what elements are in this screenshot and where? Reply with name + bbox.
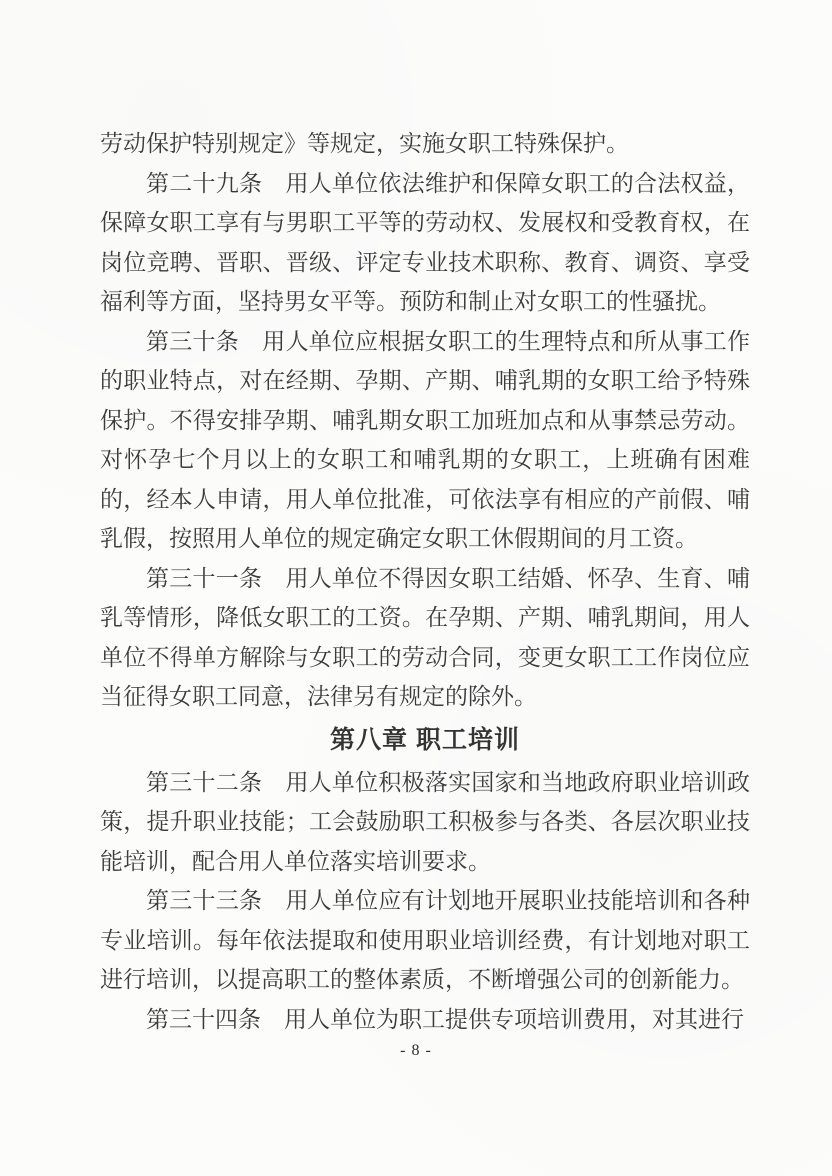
document-text: 劳动保护特别规定》等规定，实施女职工特殊保护。 第二十九条 用人单位依法维护和保… [100,124,750,1039]
paragraph-continuation: 劳动保护特别规定》等规定，实施女职工特殊保护。 [100,124,750,164]
page-footer: - 8 - [0,1042,832,1060]
article-30-paragraph: 第三十条 用人单位应根据女职工的生理特点和所从事工作的职业特点，对在经期、孕期、… [100,322,750,559]
document-page: 劳动保护特别规定》等规定，实施女职工特殊保护。 第二十九条 用人单位依法维护和保… [0,0,832,1176]
article-32-paragraph: 第三十二条 用人单位积极落实国家和当地政府职业培训政策，提升职业技能；工会鼓励职… [100,763,750,882]
article-33-paragraph: 第三十三条 用人单位应有计划地开展职业技能培训和各种专业培训。每年依法提取和使用… [100,881,750,1000]
article-34-paragraph: 第三十四条 用人单位为职工提供专项培训费用，对其进行 [100,1000,750,1040]
chapter-8-heading: 第八章 职工培训 [100,717,750,763]
article-29-paragraph: 第二十九条 用人单位依法维护和保障女职工的合法权益，保障女职工享有与男职工平等的… [100,164,750,322]
article-31-paragraph: 第三十一条 用人单位不得因女职工结婚、怀孕、生育、哺乳等情形，降低女职工的工资。… [100,559,750,717]
page-number: - 8 - [400,1042,432,1059]
